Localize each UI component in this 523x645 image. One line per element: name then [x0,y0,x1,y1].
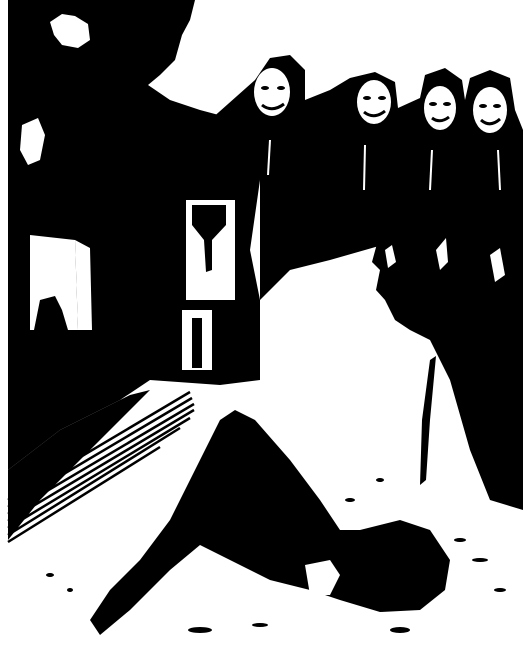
illustration [0,0,523,645]
